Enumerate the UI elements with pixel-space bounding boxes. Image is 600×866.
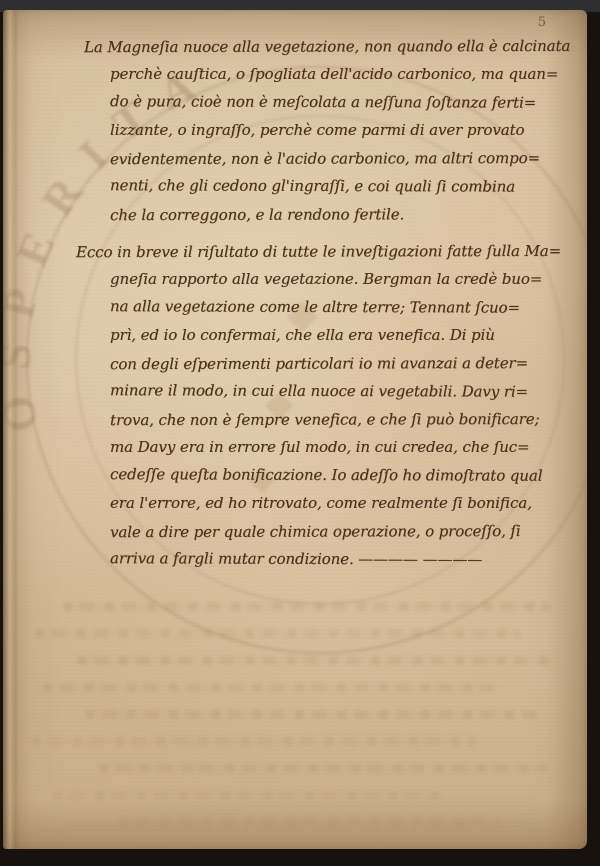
manuscript-line: evidentemente, non è l'acido carbonico, … xyxy=(110,144,576,173)
bleedthrough-row xyxy=(31,737,477,746)
page-number: 5 xyxy=(538,15,546,30)
bleedthrough-row xyxy=(85,710,539,719)
bleedthrough-row xyxy=(35,629,521,638)
manuscript-line: minare il modo, in cui ella nuoce ai veg… xyxy=(110,376,576,406)
manuscript-line: con degli eſperimenti particolari io mi … xyxy=(110,349,576,378)
bleedthrough-row xyxy=(53,791,441,800)
bleedthrough xyxy=(29,602,561,849)
manuscript-scan: OSPERITA 5 La Magneſia nuoce alla vegeta… xyxy=(0,0,600,866)
manuscript-line: gneſia rapporto alla vegetazione. Bergma… xyxy=(110,265,576,293)
bleedthrough-row xyxy=(99,764,549,773)
manuscript-line: trova, che non è ſempre venefica, e che … xyxy=(110,405,576,434)
manuscript-page: OSPERITA 5 La Magneſia nuoce alla vegeta… xyxy=(3,10,587,849)
bleedthrough-row xyxy=(119,818,501,827)
manuscript-line: perchè cauſtica, o ſpogliata dell'acido … xyxy=(110,60,576,88)
handwritten-text: La Magneſia nuoce alla vegetazione, non … xyxy=(84,32,576,573)
manuscript-line: era l'errore, ed ho ritrovato, come real… xyxy=(110,489,576,517)
manuscript-line: Ecco in breve il riſultato di tutte le i… xyxy=(76,237,576,266)
manuscript-line: cedeſſe queſta bonificazione. Io adeſſo … xyxy=(110,460,576,490)
manuscript-line: lizzante, o ingraſſo, perchè come parmi … xyxy=(110,116,576,144)
paragraph-magnesia: La Magneſia nuoce alla vegetazione, non … xyxy=(84,32,576,228)
manuscript-line: arriva a fargli mutar condizione. ———— —… xyxy=(110,544,576,574)
manuscript-line: vale a dire per quale chimica operazione… xyxy=(110,517,576,546)
bleedthrough-row xyxy=(63,602,551,611)
manuscript-line: che la correggono, e la rendono fertile. xyxy=(110,200,576,229)
bleedthrough-row xyxy=(77,656,557,665)
bleedthrough-row xyxy=(43,683,501,692)
manuscript-line: ma Davy era in errore ſul modo, in cui c… xyxy=(110,433,576,461)
manuscript-line: nenti, che gli cedono gl'ingraſſi, e coi… xyxy=(110,171,576,201)
manuscript-line: do è pura, cioè non è meſcolata a neſſun… xyxy=(110,87,576,117)
manuscript-line: na alla vegetazione come le altre terre;… xyxy=(110,292,576,322)
manuscript-line: prì, ed io lo confermai, che ella era ve… xyxy=(110,321,576,349)
paper-edge-left xyxy=(3,10,19,849)
manuscript-line: La Magneſia nuoce alla vegetazione, non … xyxy=(84,32,576,61)
paragraph-summary: Ecco in breve il riſultato di tutte le i… xyxy=(84,237,576,573)
